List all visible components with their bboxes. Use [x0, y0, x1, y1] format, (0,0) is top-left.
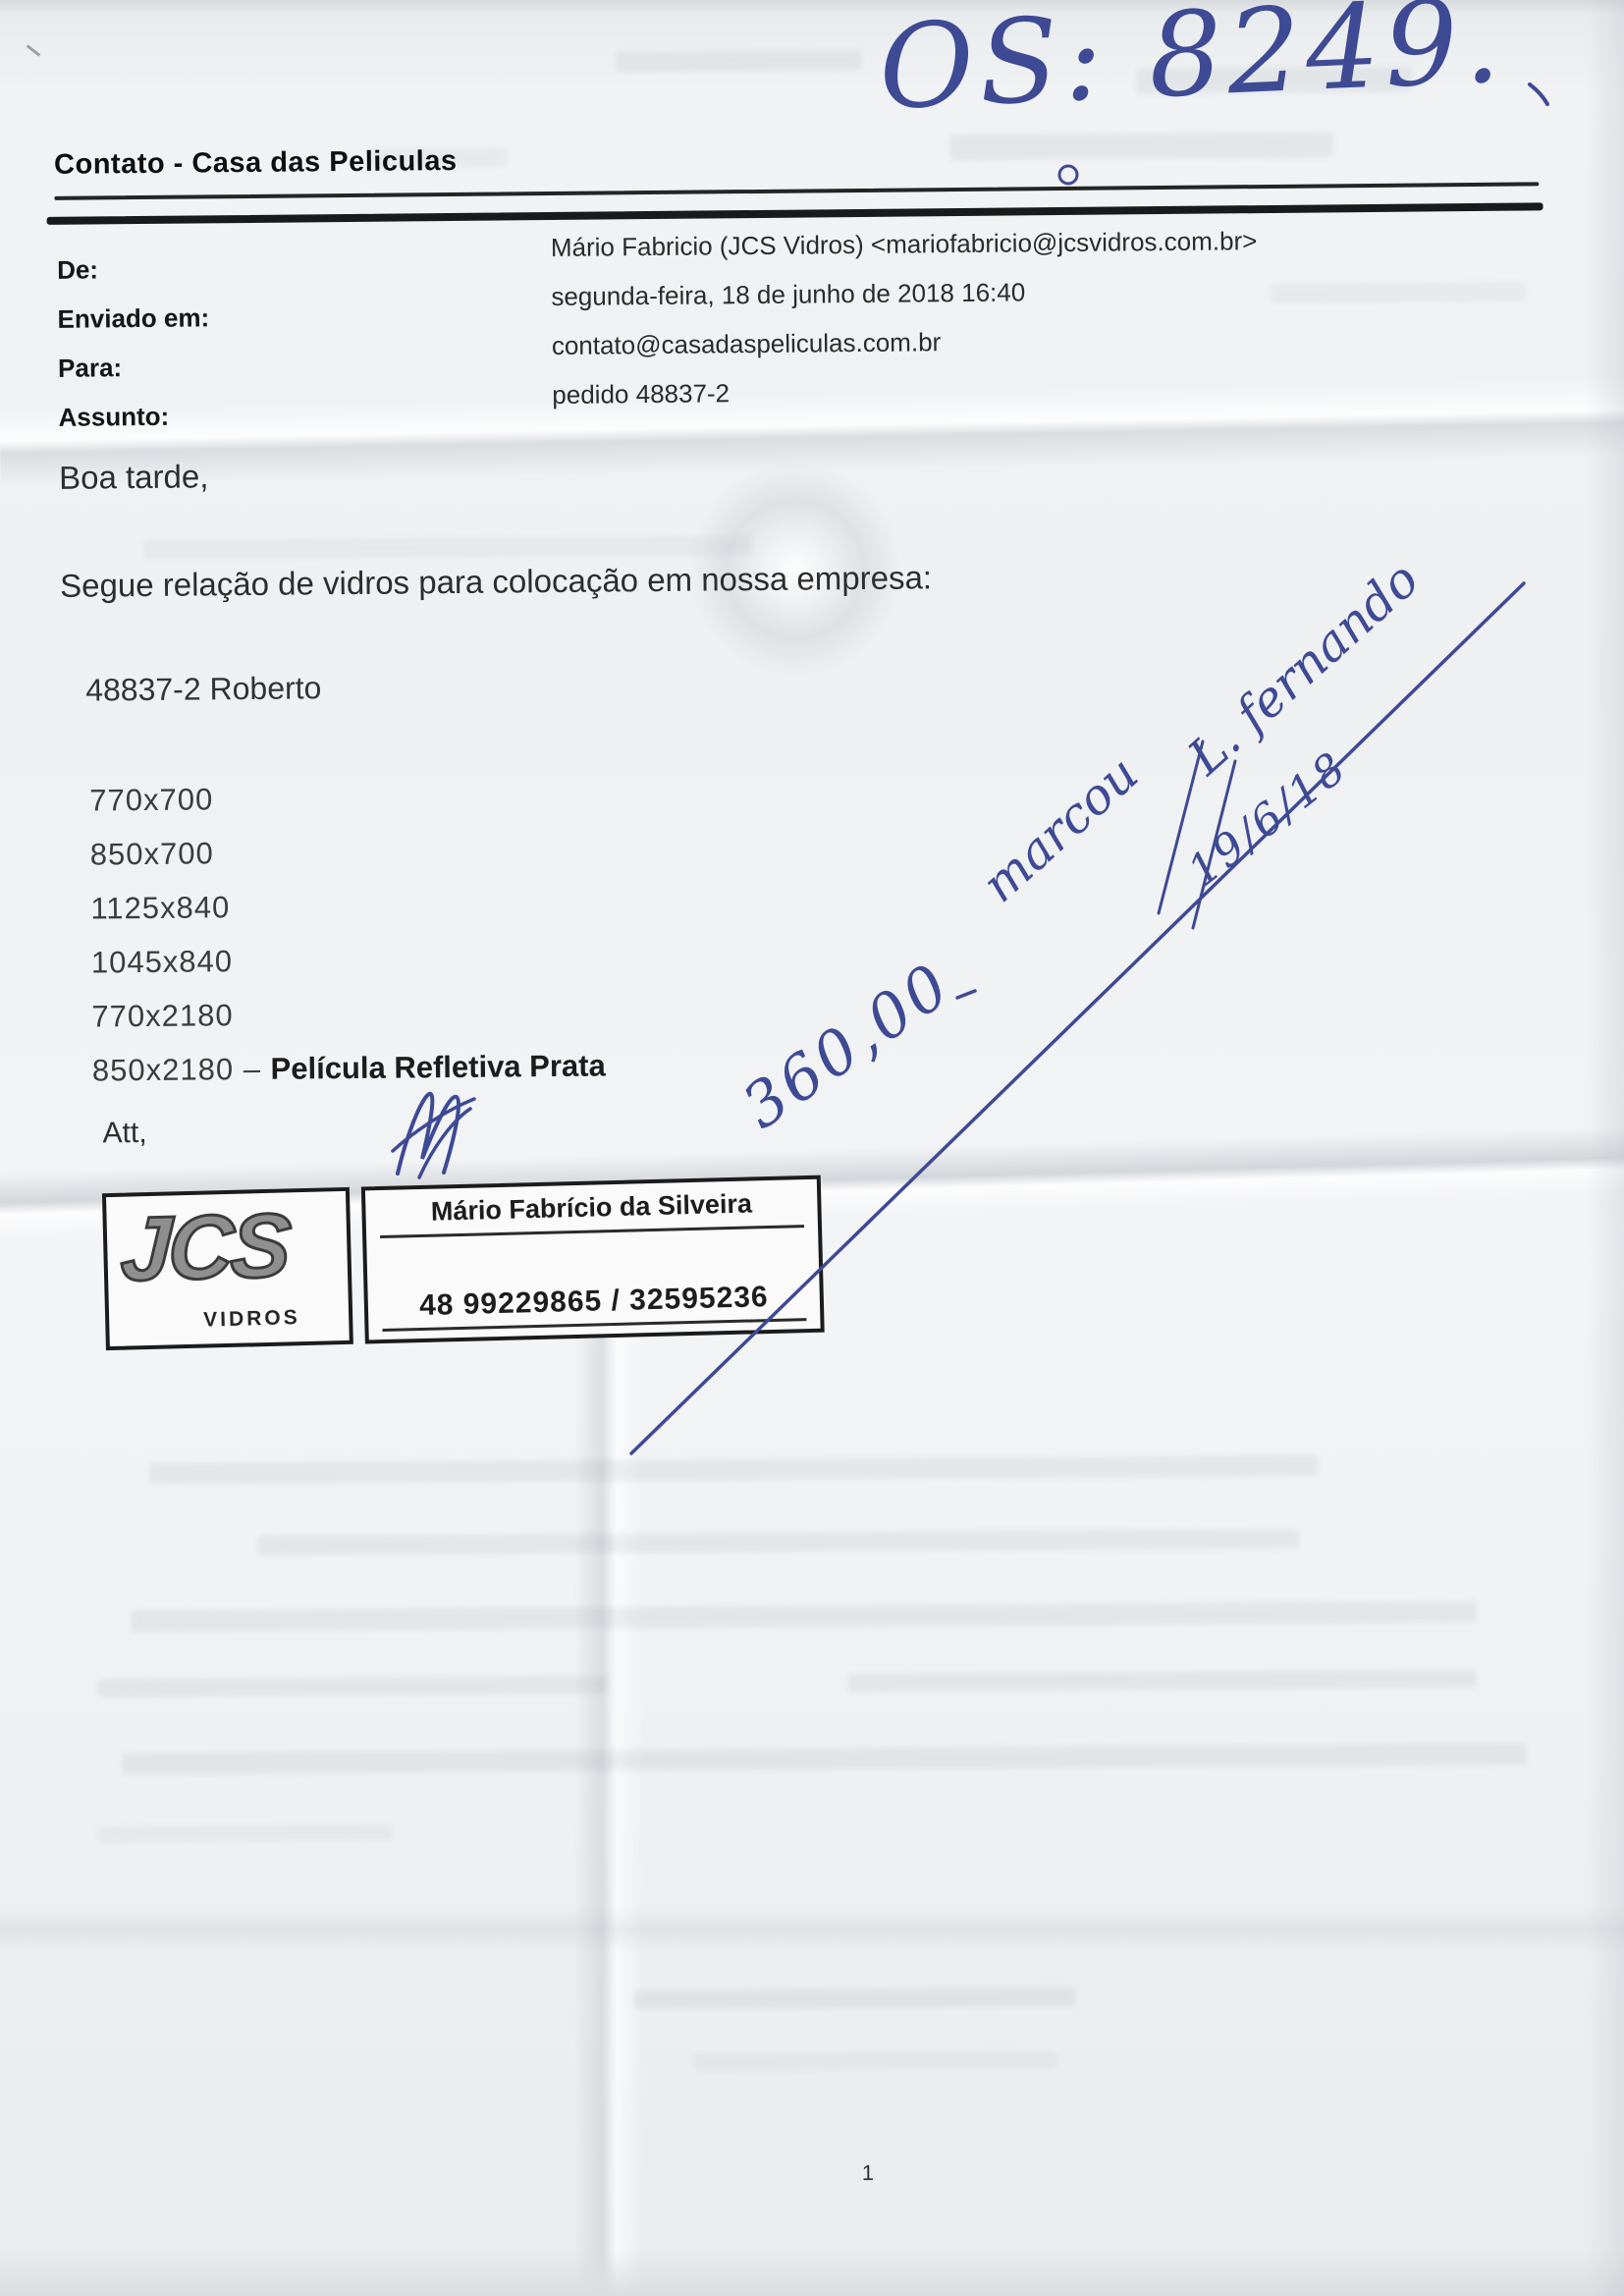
scanned-email-page: Contato - Casa das Peliculas De: Enviado… — [0, 0, 1624, 2296]
email-header-labels: De: Enviado em: Para: Assunto: — [57, 244, 211, 441]
signature-phones: 48 99229865 / 32595236 — [382, 1280, 807, 1332]
signature-info-box: Mário Fabrício da Silveira 48 99229865 /… — [361, 1175, 825, 1344]
signature-name: Mário Fabrício da Silveira — [379, 1187, 804, 1238]
header-label-subject: Assunto: — [58, 391, 210, 441]
glass-size-item: 1125x840 — [90, 877, 604, 936]
header-label-from: De: — [57, 244, 209, 294]
glass-size-item-last: 850x2180 – Película Refletiva Prata — [92, 1039, 606, 1098]
header-label-to: Para: — [58, 342, 210, 392]
glass-size-item: 770x700 — [89, 769, 603, 828]
printed-email: Contato - Casa das Peliculas De: Enviado… — [0, 0, 1624, 2296]
page-number: 1 — [862, 2160, 874, 2186]
header-value-subject: pedido 48837-2 — [552, 363, 1259, 419]
jcs-logo-box: JCS VIDROS — [102, 1187, 353, 1350]
title-underline — [54, 182, 1539, 200]
closing-text: Att, — [102, 1117, 146, 1150]
signature-stamp: JCS VIDROS Mário Fabrício da Silveira 48… — [102, 1175, 825, 1350]
email-header-values: Mário Fabricio (JCS Vidros) <mariofabric… — [551, 216, 1259, 419]
glass-size-list: 770x700 850x700 1125x840 1045x840 770x21… — [89, 769, 606, 1098]
glass-size-item: 1045x840 — [91, 931, 605, 990]
greeting-text: Boa tarde, — [59, 458, 209, 496]
header-value-to: contato@casadaspeliculas.com.br — [552, 314, 1259, 370]
glass-size-value: 850x2180 – — [92, 1052, 271, 1088]
header-value-sent: segunda-feira, 18 de junho de 2018 16:40 — [551, 265, 1258, 321]
glass-size-item: 850x700 — [90, 823, 604, 882]
order-reference: 48837-2 Roberto — [85, 670, 322, 708]
glass-size-item: 770x2180 — [91, 985, 605, 1044]
film-type-label: Película Refletiva Prata — [270, 1049, 605, 1086]
jcs-logo-subtitle: VIDROS — [203, 1306, 300, 1332]
intro-text: Segue relação de vidros para colocação e… — [60, 559, 932, 605]
page-title: Contato - Casa das Peliculas — [54, 145, 458, 182]
header-value-from: Mário Fabricio (JCS Vidros) <mariofabric… — [551, 216, 1258, 272]
header-label-sent: Enviado em: — [57, 293, 209, 343]
jcs-logo: JCS — [119, 1194, 291, 1301]
